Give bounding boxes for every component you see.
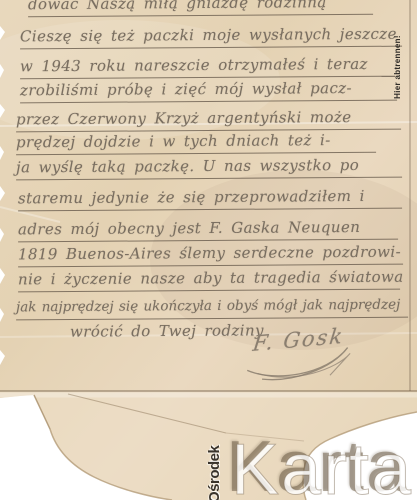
handwritten-line: zrobiliśmi próbę i zięć mój wysłał pacz- bbox=[20, 76, 397, 104]
signature: F. Gosk bbox=[230, 320, 364, 387]
margin-note: Hier abtrennen! bbox=[393, 25, 405, 109]
handwritten-line: nie i życzenie nasze aby ta tragedia świ… bbox=[18, 265, 400, 293]
handwritten-line: 1819 Buenos-Aires ślemy serdeczne pozdro… bbox=[18, 240, 403, 268]
scanned-letter-page: dować Naszą miłą gniazdę rodzinną Cieszę… bbox=[0, 0, 417, 500]
handwritten-line: jak najprędzej się ukończyła i obyś mógł… bbox=[16, 293, 408, 321]
handwritten-line: prędzej dojdzie i w tych dniach też i- bbox=[16, 128, 376, 156]
fold-highlight bbox=[0, 393, 417, 398]
handwritten-line: staremu jedynie że się przeprowadziłem i bbox=[18, 184, 402, 212]
handwritten-line: Cieszę się też paczki moje wysłanych jes… bbox=[20, 22, 402, 50]
handwritten-line: adres mój obecny jest F. Gaska Neuquen bbox=[18, 215, 398, 243]
watermark-karta: Karta bbox=[231, 434, 413, 500]
handwritten-line: ja wyślę taką paczkę. U nas wszystko po bbox=[16, 153, 402, 181]
watermark-osrodek: Ośrodek bbox=[206, 433, 223, 500]
handwritten-line: dować Naszą miłą gniazdę rodzinną bbox=[28, 0, 373, 17]
